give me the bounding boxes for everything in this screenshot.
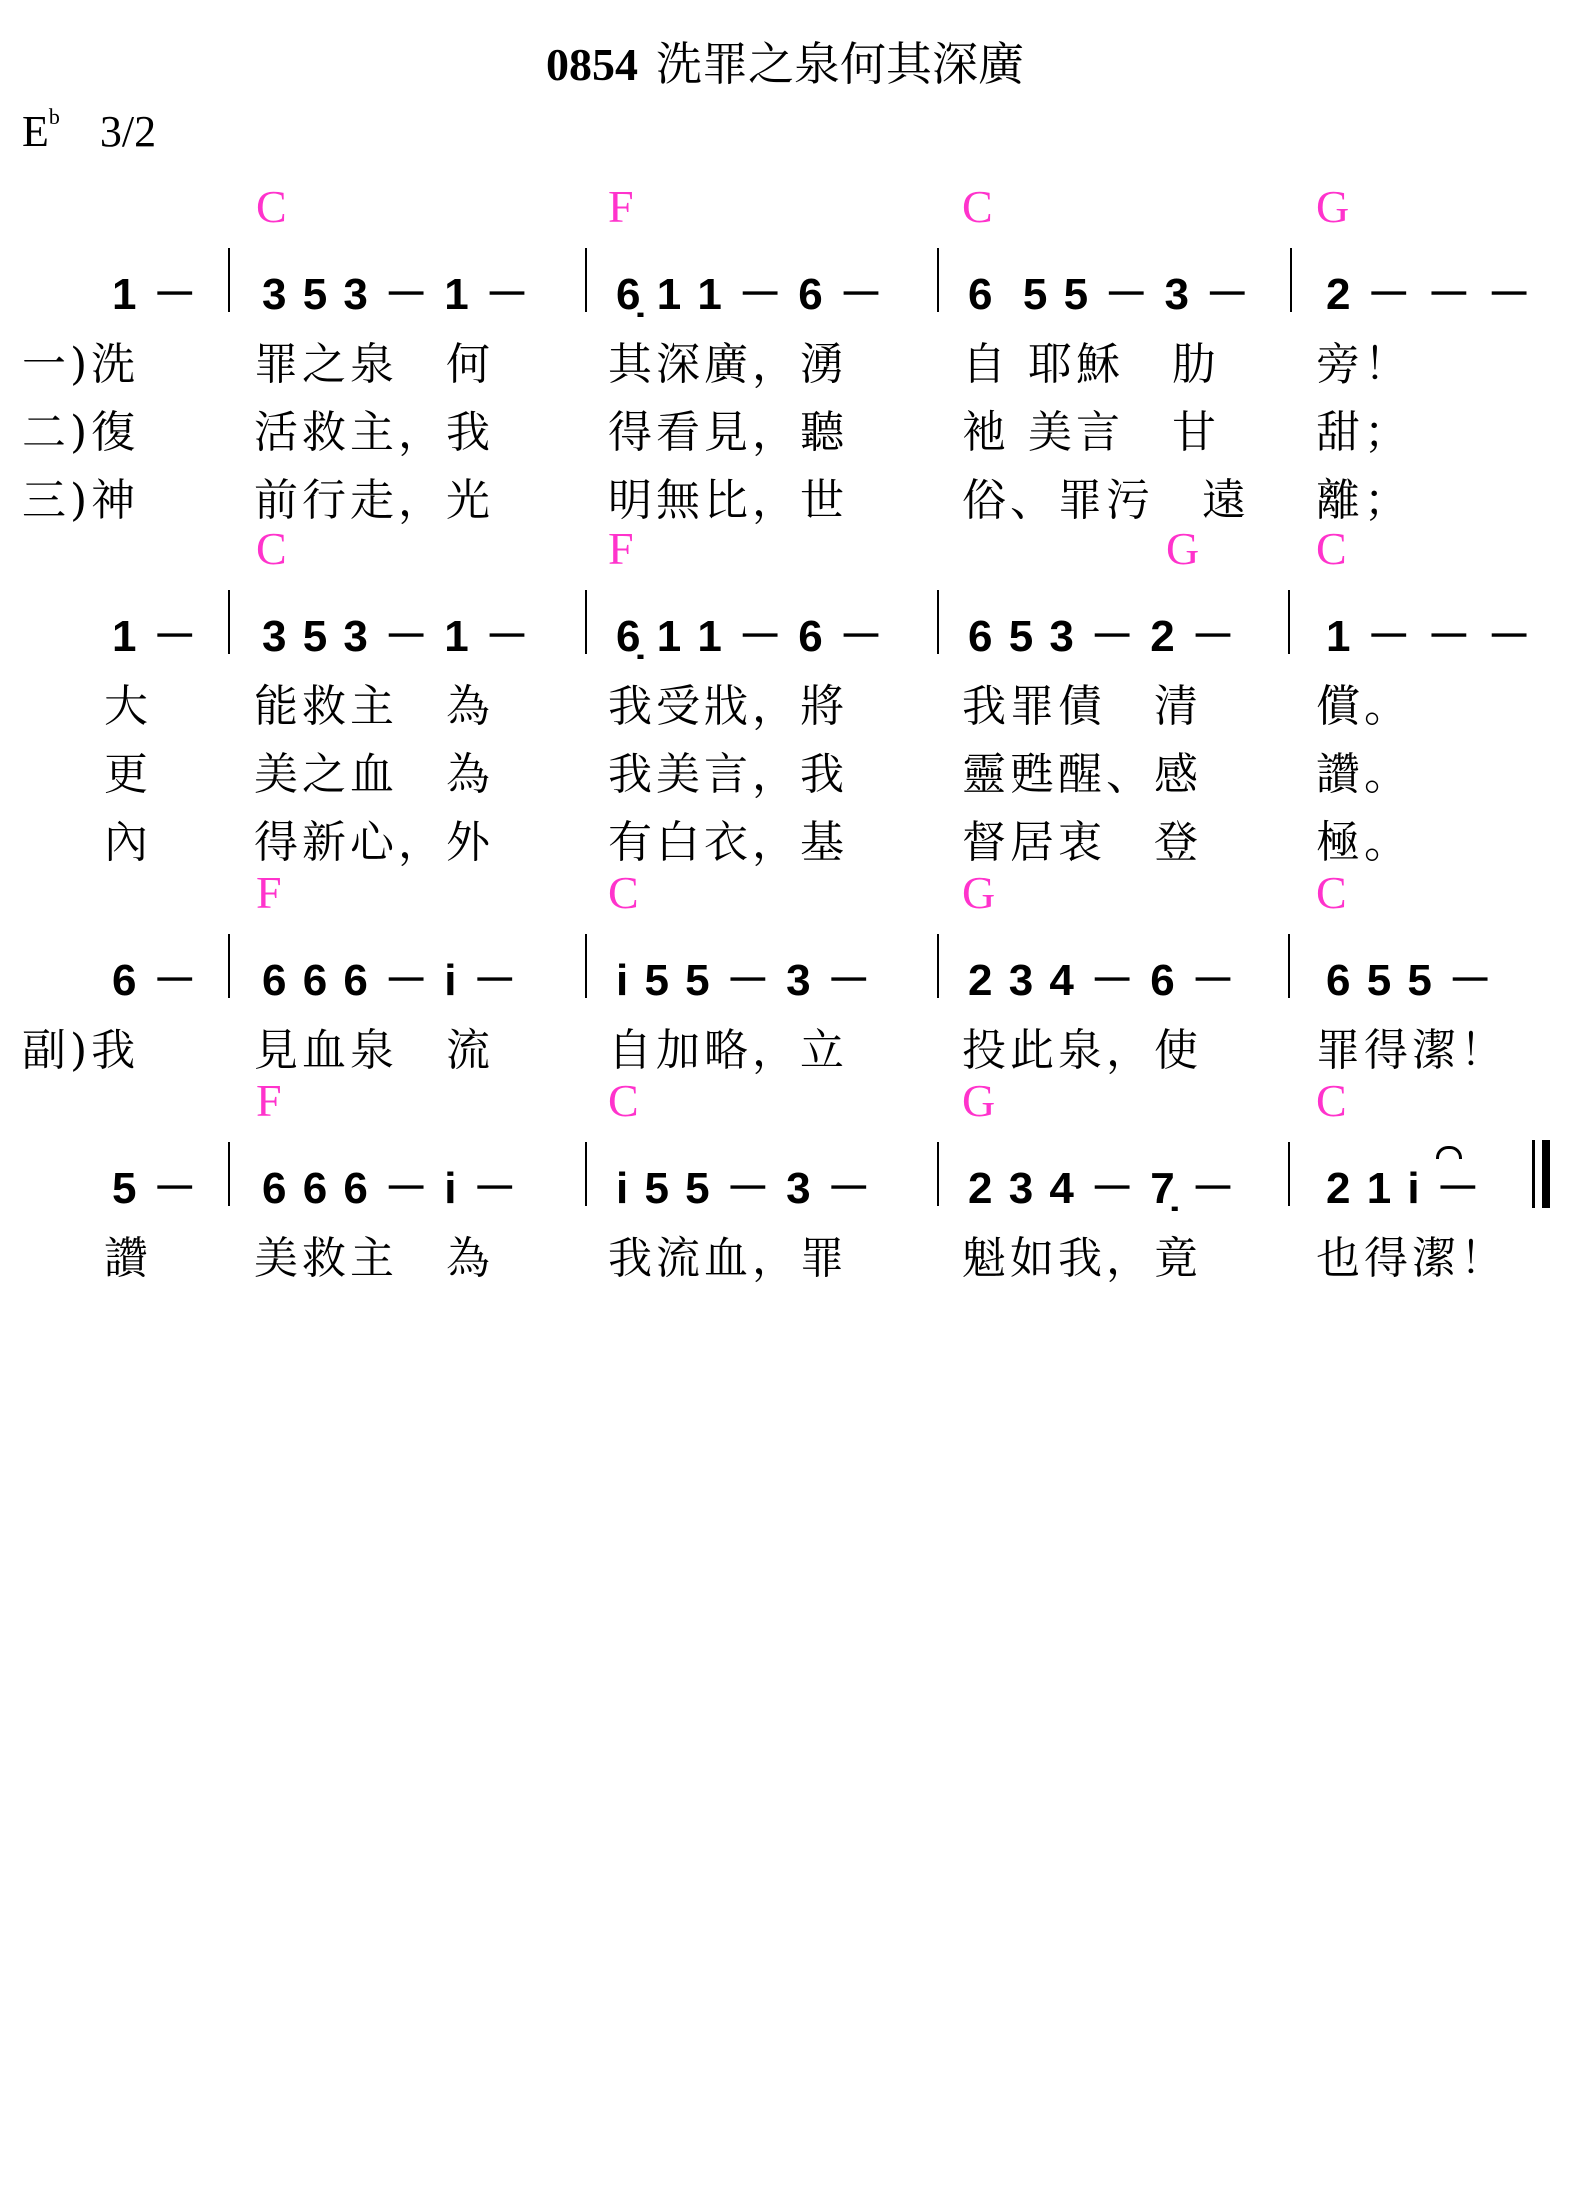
- lyric-segment: 讚: [56, 1222, 152, 1286]
- measure-notes: 6̣ 1 1 － 6 －: [616, 258, 885, 322]
- lyric-segment: 衪 美言 甘: [962, 396, 1220, 460]
- barline: [1288, 1142, 1290, 1206]
- measure-notes: 6̣ 1 1 － 6 －: [616, 600, 885, 664]
- lyric-segment: 離；: [1316, 464, 1412, 528]
- key-note: E: [22, 107, 49, 156]
- barline: [585, 590, 587, 654]
- lyric-segment: 明無比，世: [608, 464, 848, 528]
- measure-notes: i 5 5 － 3 －: [616, 944, 873, 1008]
- chord-label: C: [608, 866, 639, 919]
- lyric-segment: 讚。: [1316, 738, 1412, 802]
- lyric-segment: 三)神: [22, 464, 139, 528]
- lyric-segment: 活救主，我: [254, 396, 494, 460]
- measure-notes-with-fermata: 2 1 i －: [1326, 1152, 1482, 1216]
- lyric-segment: 副)我: [22, 1014, 139, 1078]
- barline: [228, 248, 230, 312]
- lyric-segment: 我美言，我: [608, 738, 848, 802]
- lyric-segment: 自加略，立: [608, 1014, 848, 1078]
- chord-label: C: [1316, 522, 1347, 575]
- barline: [1288, 590, 1290, 654]
- chord-label: C: [1316, 1074, 1347, 1127]
- lyric-segment: 甜；: [1316, 396, 1412, 460]
- measure-notes: 1 － － －: [1326, 600, 1533, 664]
- measure-notes: 6 6 6 － i －: [262, 1152, 519, 1216]
- lyric-segment: 前行走，光: [254, 464, 494, 528]
- lyric-segment: 得看見，聽: [608, 396, 848, 460]
- chord-label: C: [608, 1074, 639, 1127]
- barline: [228, 590, 230, 654]
- lyric-segment: 魁如我，竟: [962, 1222, 1202, 1286]
- measure-notes: 3 5 3 － 1 －: [262, 258, 531, 322]
- lyric-segment: 償。: [1316, 670, 1412, 734]
- key-accidental: b: [49, 104, 60, 129]
- lyric-segment: 我罪債 清: [962, 670, 1202, 734]
- lyric-segment: 大: [56, 670, 152, 734]
- lyric-segment: 美救主 為: [254, 1222, 494, 1286]
- barline: [937, 248, 939, 312]
- chord-label: G: [1316, 180, 1349, 233]
- time-signature: 3/2: [100, 107, 156, 156]
- measure-notes: i 5 5 － 3 －: [616, 1152, 873, 1216]
- chord-label: G: [962, 1074, 995, 1127]
- lyric-segment: 美之血 為: [254, 738, 494, 802]
- lyric-segment: 罪之泉 何: [254, 328, 494, 392]
- lyric-segment: 其深廣，湧: [608, 328, 848, 392]
- measure-notes: 6 5 5 － 3 －: [968, 258, 1251, 322]
- barline: [937, 1142, 939, 1206]
- chord-label: C: [962, 180, 993, 233]
- lyric-segment: 投此泉，使: [962, 1014, 1202, 1078]
- lyric-segment: 靈甦醒、感: [962, 738, 1202, 802]
- chord-label: C: [256, 522, 287, 575]
- measure-notes: 2 － － －: [1326, 258, 1533, 322]
- lyric-segment: 罪得潔！: [1316, 1014, 1508, 1078]
- measure-notes: 2 3 4 － 6 －: [968, 944, 1237, 1008]
- chord-label: C: [256, 180, 287, 233]
- barline: [585, 1142, 587, 1206]
- chord-label: F: [256, 1074, 282, 1127]
- barline: [228, 934, 230, 998]
- lyric-segment: 旁！: [1316, 328, 1412, 392]
- measure-notes: 6 －: [112, 944, 199, 1008]
- final-barline-thin: [1532, 1140, 1535, 1208]
- song-number: 0854: [546, 39, 638, 90]
- barline: [937, 934, 939, 998]
- measure-notes: 6 6 6 － i －: [262, 944, 519, 1008]
- measure-notes: 1 －: [112, 600, 199, 664]
- lyric-segment: 內: [56, 806, 152, 870]
- barline: [1288, 934, 1290, 998]
- lyric-segment: 也得潔！: [1316, 1222, 1508, 1286]
- barline: [228, 1142, 230, 1206]
- chord-label: G: [962, 866, 995, 919]
- song-title: 0854洗罪之泉何其深廣: [0, 28, 1570, 94]
- lyric-segment: 見血泉 流: [254, 1014, 494, 1078]
- barline: [585, 248, 587, 312]
- lyric-segment: 一)洗: [22, 328, 139, 392]
- lyric-segment: 有白衣，基: [608, 806, 848, 870]
- chord-label: F: [608, 522, 634, 575]
- lyric-segment: 二)復: [22, 396, 139, 460]
- final-barline-thick: [1542, 1140, 1550, 1208]
- lyric-segment: 俗、罪污 遠: [962, 464, 1250, 528]
- chord-label: G: [1166, 522, 1199, 575]
- lyric-segment: 督居衷 登: [962, 806, 1202, 870]
- measure-notes: 5 －: [112, 1152, 199, 1216]
- lyric-segment: 更: [56, 738, 152, 802]
- lyric-segment: 我受戕，將: [608, 670, 848, 734]
- key-time-signature: Eb3/2: [22, 106, 156, 157]
- chord-label: C: [1316, 866, 1347, 919]
- lyric-segment: 極。: [1316, 806, 1412, 870]
- lyric-segment: 能救主 為: [254, 670, 494, 734]
- measure-notes: 2 3 4 － 7̣ －: [968, 1152, 1237, 1216]
- lyric-segment: 自 耶穌 肋: [962, 328, 1220, 392]
- measure-notes: 6 5 5 －: [1326, 944, 1494, 1008]
- chord-label: F: [256, 866, 282, 919]
- lyric-segment: 我流血，罪: [608, 1222, 848, 1286]
- song-name: 洗罪之泉何其深廣: [656, 39, 1024, 90]
- lyric-segment: 得新心，外: [254, 806, 494, 870]
- barline: [937, 590, 939, 654]
- barline: [585, 934, 587, 998]
- barline: [1290, 248, 1292, 312]
- measure-notes: 3 5 3 － 1 －: [262, 600, 531, 664]
- measure-notes: 1 －: [112, 258, 199, 322]
- measure-notes: 6 5 3 － 2 －: [968, 600, 1237, 664]
- chord-label: F: [608, 180, 634, 233]
